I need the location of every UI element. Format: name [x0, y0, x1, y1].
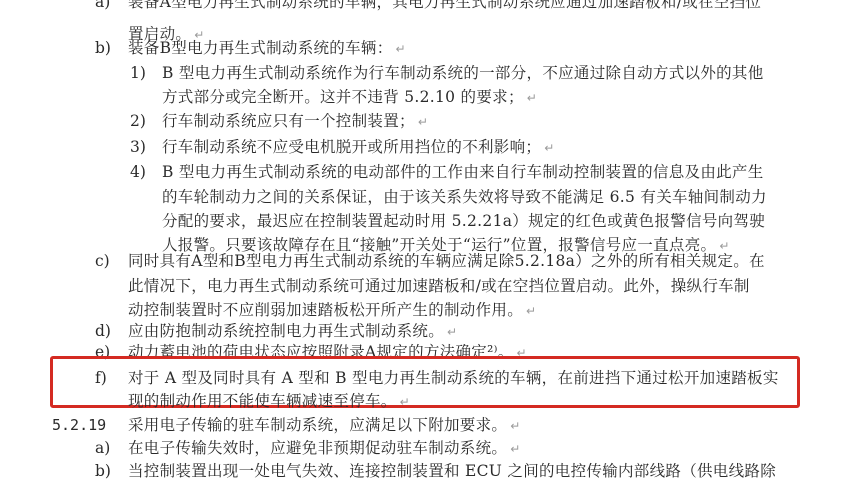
item-label-f: f) [95, 368, 107, 388]
paragraph-mark-icon: ↵ [447, 325, 457, 339]
item-label-a: a) [95, 0, 110, 12]
sub-item-text-b: 当控制装置出现一处电气失效、连接控制装置和 ECU 之间的电控传输内部线路（供电… [128, 461, 776, 479]
sub-item-label-a: a) [95, 438, 110, 458]
sub-item-label-b: b) [95, 461, 111, 479]
section-number-5-2-19: 5.2.19 [52, 415, 106, 435]
item-label-c: c) [95, 251, 110, 271]
paragraph-mark-icon: ↵ [526, 304, 536, 318]
item-label-b: b) [95, 38, 111, 58]
item-text-f-continued: 现的制动作用不能使车辆减速至停车。↵ [128, 391, 410, 412]
item-text-d: 应由防抱制动系统控制电力再生式制动系统。↵ [128, 321, 457, 342]
paragraph-mark-icon: ↵ [418, 115, 428, 129]
item-text-f: 对于 A 型及同时具有 A 型和 B 型电力再生制动系统的车辆，在前进挡下通过松… [128, 368, 779, 388]
paragraph-mark-icon: ↵ [510, 419, 520, 433]
paragraph-mark-icon: ↵ [510, 442, 520, 456]
cropped-first-line: a) 装备A型电力再生式制动系统的车辆，其电力再生式制动系统应通过加速踏板和/或… [0, 0, 852, 20]
item-text-b1-continued: 方式部分或完全断开。这并不违背 5.2.10 的要求；↵ [162, 87, 537, 108]
item-label-b1: 1) [130, 63, 146, 83]
item-label-d: d) [95, 321, 111, 341]
item-text-a: 装备A型电力再生式制动系统的车辆，其电力再生式制动系统应通过加速踏板和/或在空挡… [128, 0, 761, 12]
paragraph-mark-icon: ↵ [400, 395, 410, 409]
item-text-b: 装备B型电力再生式制动系统的车辆：↵ [128, 38, 406, 59]
sub-item-text-a: 在电子传输失效时，应避免非预期促动驻车制动系统。↵ [128, 438, 521, 459]
item-text-b4-continued-1: 的车轮制动力之间的关系保证，由于该关系失效将导致不能满足 6.5 有关车轴间制动… [162, 187, 767, 207]
paragraph-mark-icon: ↵ [527, 91, 537, 105]
paragraph-mark-icon: ↵ [544, 141, 554, 155]
item-text-c-continued-1: 此情况下，电力再生式制动系统可通过加速踏板和/或在空挡位置启动。此外，操纵行车制 [128, 276, 750, 296]
item-text-b4-continued-2: 分配的要求，最迟应在控制装置起动时用 5.2.21a）规定的红色或黄色报警信号向… [162, 211, 765, 231]
item-text-b3: 行车制动系统不应受电机脱开或所用挡位的不利影响；↵ [162, 137, 555, 158]
section-text-5-2-19: 采用电子传输的驻车制动系统，应满足以下附加要求。↵ [128, 415, 521, 436]
item-text-c: 同时具有A型和B型电力再生式制动系统的车辆应满足除5.2.18a）之外的所有相关… [128, 251, 765, 271]
item-text-b1: B 型电力再生式制动系统作为行车制动系统的一部分，不应通过除自动方式以外的其他 [162, 63, 764, 83]
item-text-b4: B 型电力再生式制动系统的电动部件的工作由来自行车制动控制装置的信息及由此产生 [162, 162, 764, 182]
item-text-b2: 行车制动系统应只有一个控制装置；↵ [162, 111, 428, 132]
item-label-b2: 2) [130, 111, 146, 131]
paragraph-mark-icon: ↵ [396, 42, 406, 56]
item-text-c-continued-2: 动控制装置时不应削弱加速踏板松开所产生的制动作用。↵ [128, 300, 536, 321]
item-label-b3: 3) [130, 137, 146, 157]
item-label-b4: 4) [130, 162, 146, 182]
